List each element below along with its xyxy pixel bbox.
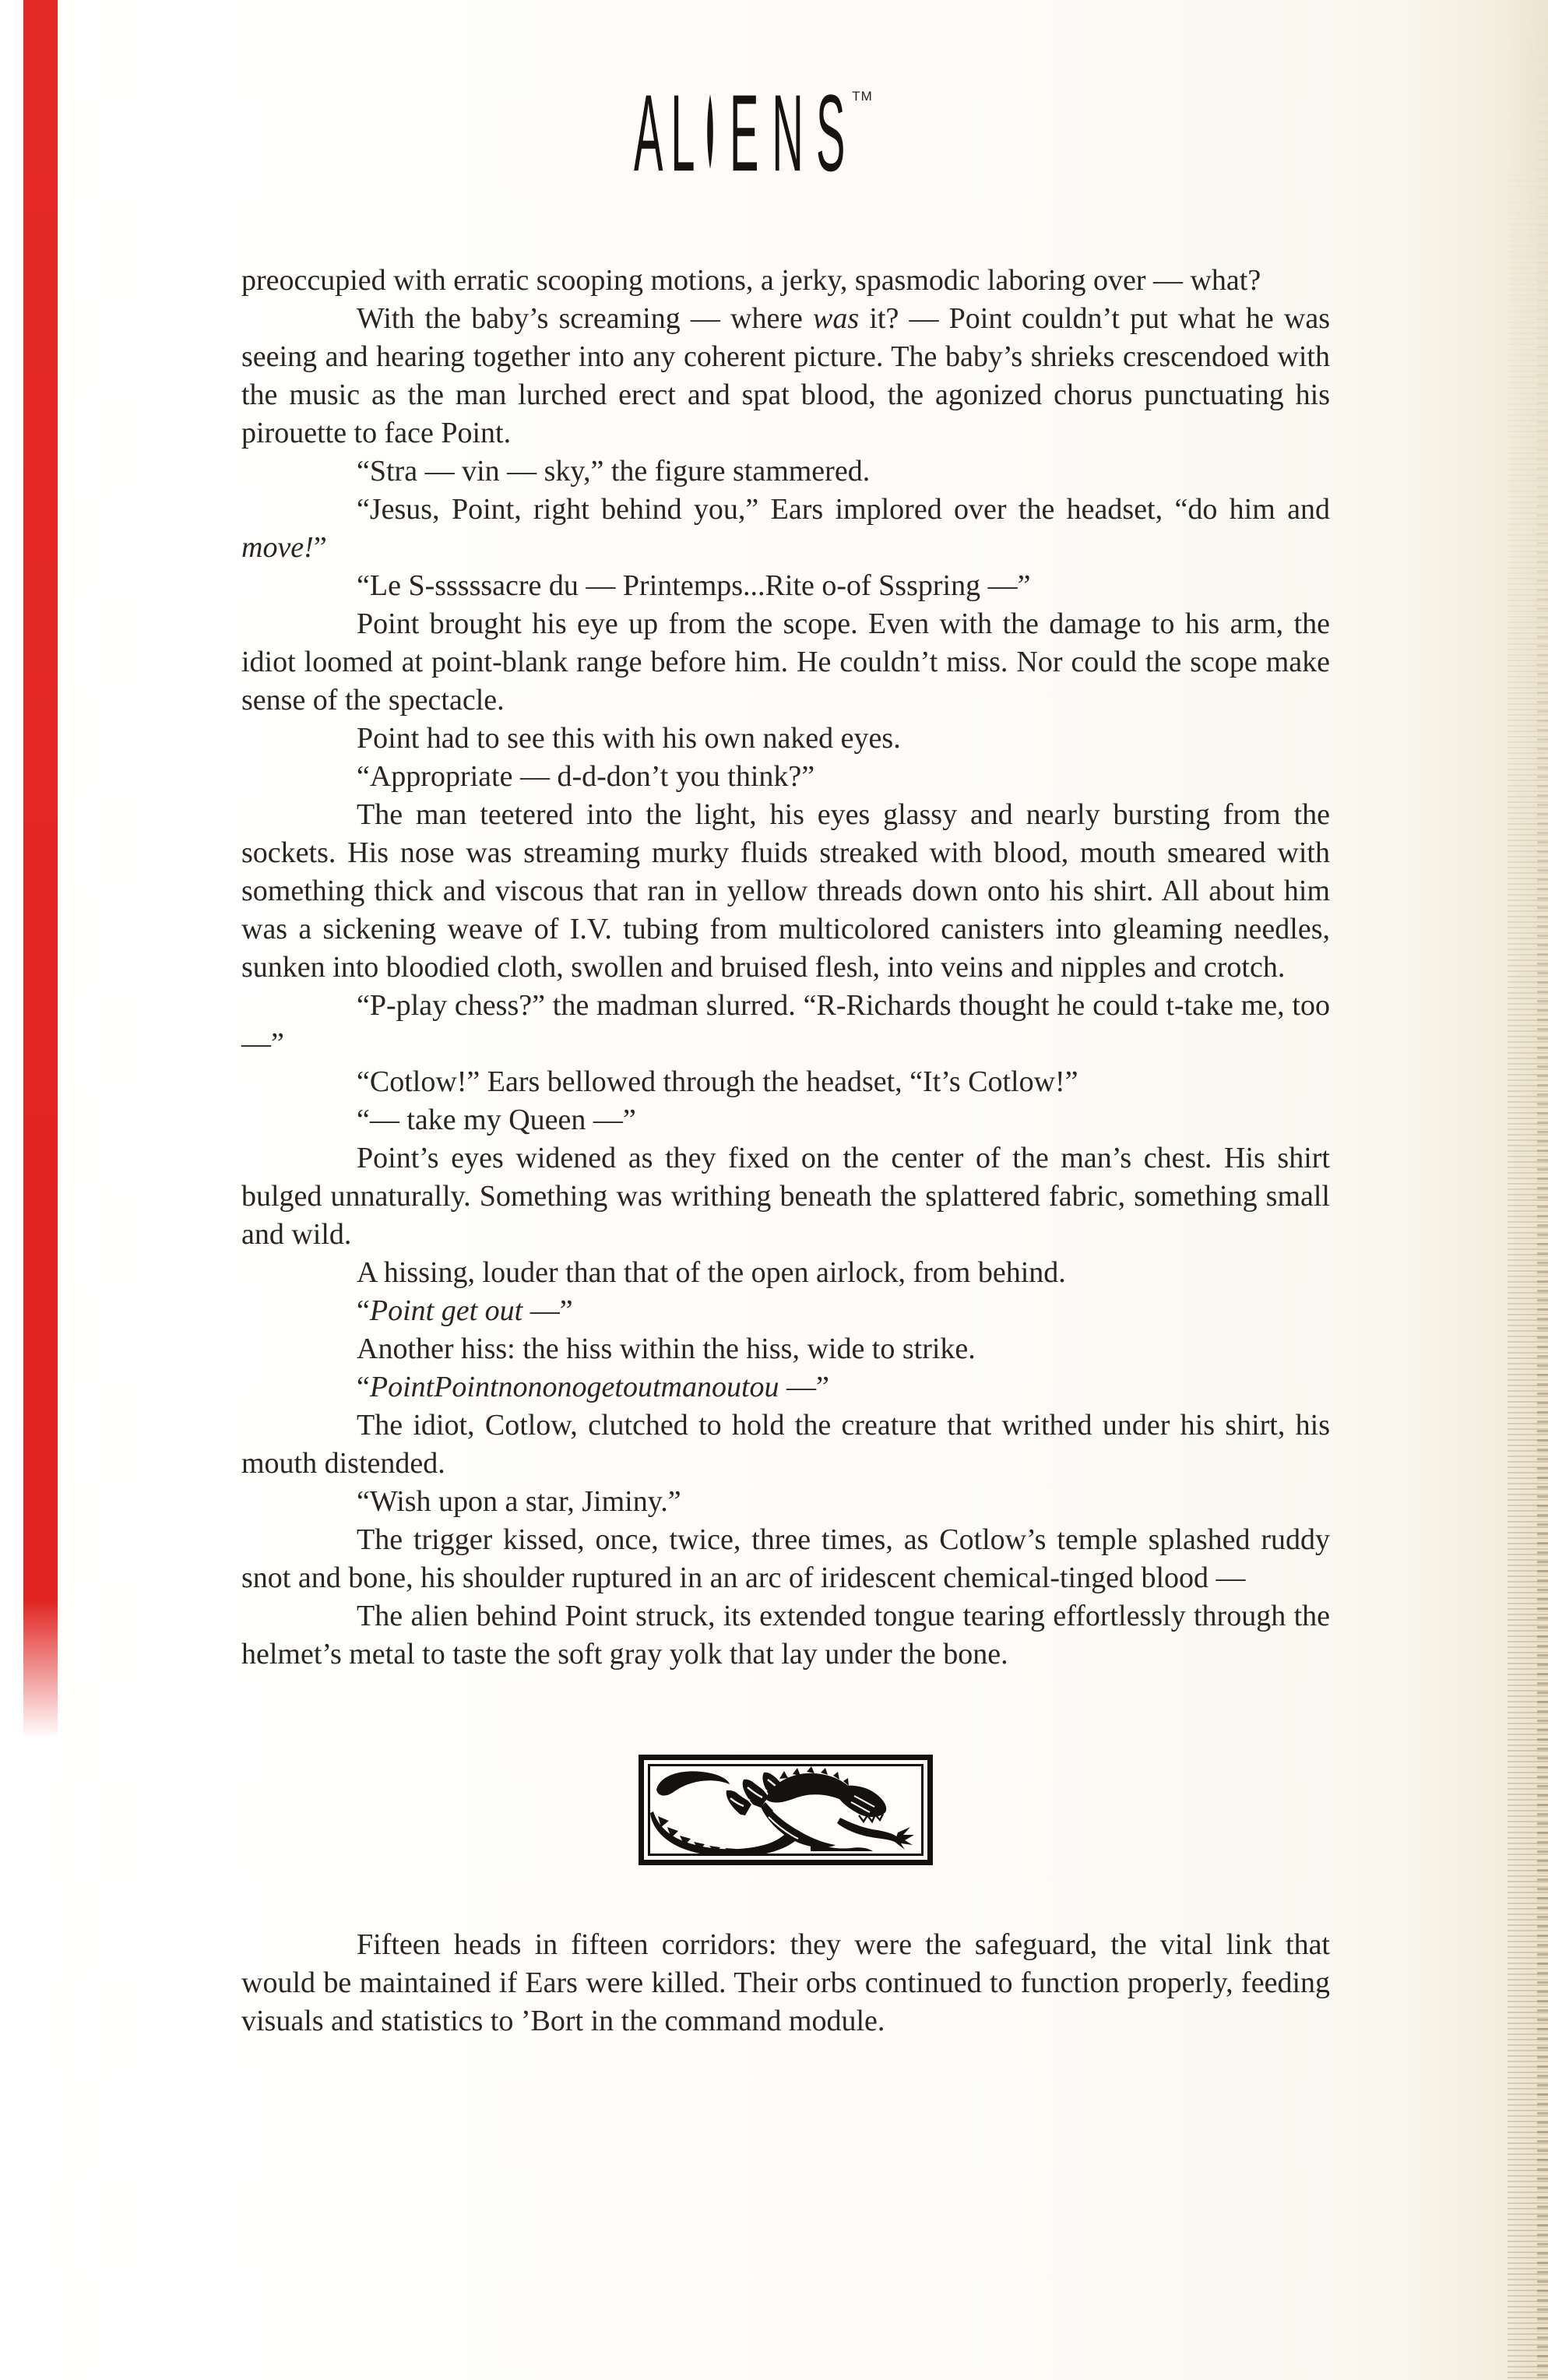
- paragraph: Point’s eyes widened as they fixed on th…: [241, 1139, 1330, 1254]
- paragraph: “P-play chess?” the madman slurred. “R-R…: [241, 987, 1330, 1063]
- paragraph: A hissing, louder than that of the open …: [241, 1254, 1330, 1292]
- red-binding-strip: [23, 0, 58, 1738]
- paragraph: With the baby’s screaming — where was it…: [241, 300, 1330, 452]
- logo-letter-s: S: [816, 90, 845, 176]
- paragraph: Another hiss: the hiss within the hiss, …: [241, 1330, 1330, 1368]
- vertical-lens-diamond-icon: [701, 94, 719, 173]
- illustration-inner-frame: [648, 1764, 924, 1856]
- alien-illustration: [639, 1755, 933, 1865]
- paragraph: The idiot, Cotlow, clutched to hold the …: [241, 1407, 1330, 1483]
- paragraph: “Jesus, Point, right behind you,” Ears i…: [241, 491, 1330, 567]
- paragraph: Point had to see this with his own naked…: [241, 720, 1330, 758]
- paper-edge-texture: [1508, 0, 1548, 2380]
- trademark-symbol: TM: [852, 89, 873, 104]
- paragraph: “Appropriate — d-d-don’t you think?”: [241, 758, 1330, 796]
- paragraph: “Wish upon a star, Jiminy.”: [241, 1483, 1330, 1521]
- paragraph: “Le S-sssssacre du — Printemps...Rite o-…: [241, 567, 1330, 605]
- body-text: preoccupied with erratic scooping motion…: [241, 262, 1330, 1674]
- logo-letter-l: L: [670, 90, 695, 176]
- paragraph: “Stra — vin — sky,” the figure stammered…: [241, 452, 1330, 491]
- paragraph: “Cotlow!” Ears bellowed through the head…: [241, 1063, 1330, 1101]
- logo-letter-n: N: [772, 90, 803, 176]
- alien-creature-drawing: [650, 1766, 915, 1854]
- page-text-column: preoccupied with erratic scooping motion…: [241, 262, 1330, 2040]
- paragraph: Point brought his eye up from the scope.…: [241, 605, 1330, 720]
- illustration-outer-frame: [639, 1755, 933, 1865]
- logo-letter-a: A: [634, 90, 663, 176]
- paragraph: preoccupied with erratic scooping motion…: [241, 262, 1330, 300]
- aliens-logo: A L E N S TM: [0, 90, 1501, 176]
- paragraph: “PointPointnononogetoutmanoutou —”: [241, 1368, 1330, 1407]
- paragraph: “— take my Queen —”: [241, 1101, 1330, 1139]
- paragraph: “Point get out —”: [241, 1292, 1330, 1330]
- paragraph: The man teetered into the light, his eye…: [241, 796, 1330, 987]
- logo-letter-e: E: [730, 90, 758, 176]
- paragraph: The trigger kissed, once, twice, three t…: [241, 1521, 1330, 1597]
- book-page: A L E N S TM preoccupied with erratic sc…: [0, 0, 1548, 2380]
- paragraph: The alien behind Point struck, its exten…: [241, 1597, 1330, 1674]
- paragraph: Fifteen heads in fifteen corridors: they…: [241, 1926, 1330, 2040]
- closing-text: Fifteen heads in fifteen corridors: they…: [241, 1926, 1330, 2040]
